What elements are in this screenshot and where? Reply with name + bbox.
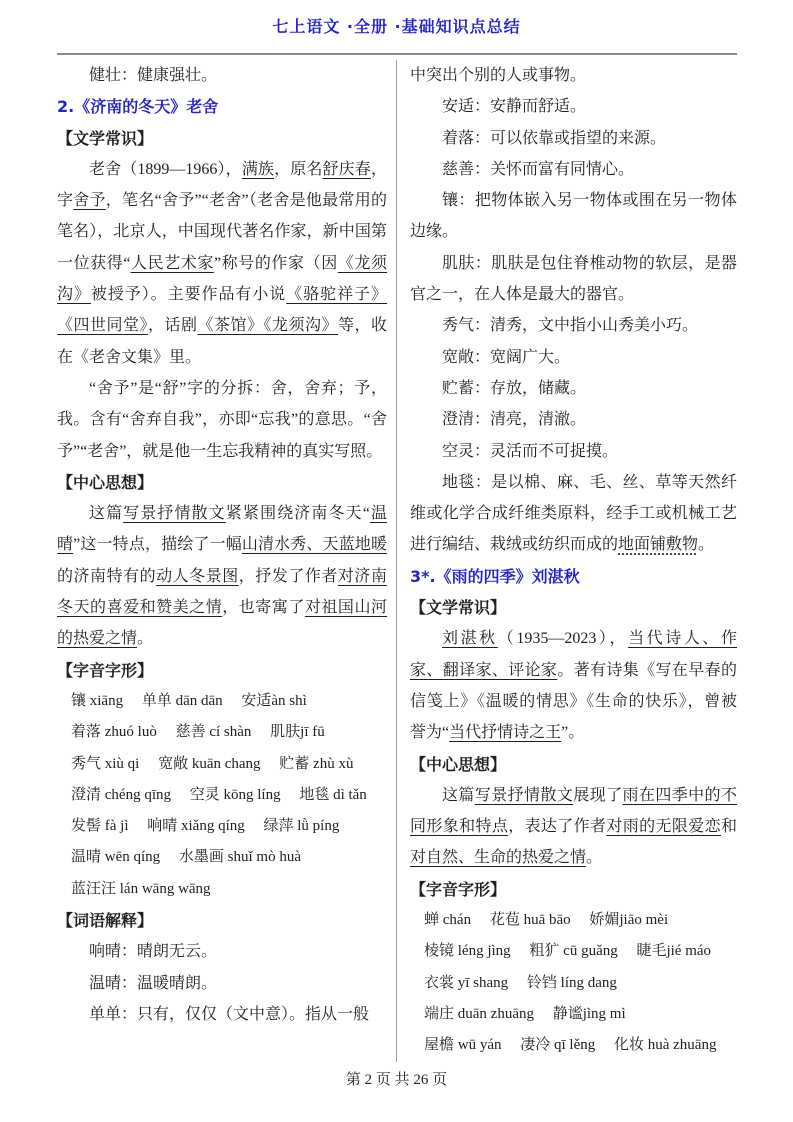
text-segment: 空灵：灵活而不可捉摸。 bbox=[442, 443, 618, 460]
text-segment: 【文学常识】 bbox=[410, 598, 506, 617]
section-heading: 【字音字形】 bbox=[57, 655, 387, 686]
text-segment: 紧紧围绕济南冬天“ bbox=[226, 505, 370, 522]
text-segment: 【字音字形】 bbox=[410, 880, 506, 899]
text-segment: 单单：只有，仅仅（文中意）。指从一般 bbox=[89, 1006, 369, 1023]
paragraph: 单单：只有，仅仅（文中意）。指从一般 bbox=[57, 999, 387, 1030]
pinyin-line: 发髻 fà jì 响晴 xiǎng qíng 绿萍 lǜ píng bbox=[57, 811, 387, 842]
text-segment: 蝉 chán 花苞 huā bāo 娇媚jiāo mèi bbox=[424, 912, 668, 928]
text-segment: 写景抒情散文 bbox=[123, 505, 226, 522]
section-heading: 【词语解释】 bbox=[57, 905, 387, 936]
text-segment: 棱镜 léng jìng 粗犷 cū guǎng 睫毛jié máo bbox=[424, 943, 711, 959]
text-segment: 人民艺术家 bbox=[130, 255, 214, 272]
pinyin-line: 棱镜 léng jìng 粗犷 cū guǎng 睫毛jié máo bbox=[410, 936, 737, 967]
text-segment: 满族 bbox=[242, 161, 274, 178]
text-segment: （1935—2023）， bbox=[498, 630, 628, 647]
pinyin-line: 蝉 chán 花苞 huā bāo 娇媚jiāo mèi bbox=[410, 905, 737, 936]
page-number: 第 2 页 共 26 页 bbox=[0, 1068, 793, 1089]
text-segment: 这篇 bbox=[89, 505, 123, 522]
text-segment: 写景抒情散文 bbox=[475, 787, 573, 804]
text-segment: 肌肤：肌肤是包住脊椎动物的软层，是器官之一，在人体是最大的器官。 bbox=[410, 255, 737, 303]
two-column-body: 健壮：健康强壮。2.《济南的冬天》老舍【文学常识】老舍（1899—1966），满… bbox=[57, 60, 737, 1062]
section-title: 2.《济南的冬天》老舍 bbox=[57, 91, 387, 122]
text-segment: 【文学常识】 bbox=[57, 129, 153, 148]
paragraph: 中突出个别的人或事物。 bbox=[410, 60, 737, 91]
text-segment: 被授予）。主要作品有小说 bbox=[91, 286, 286, 303]
text-segment: 宽敞：宽阔广大。 bbox=[442, 349, 570, 366]
text-segment: ”。 bbox=[561, 724, 584, 741]
paragraph: 空灵：灵活而不可捉摸。 bbox=[410, 436, 737, 467]
section-heading: 【文学常识】 bbox=[57, 123, 387, 154]
paragraph: 响晴：晴朗无云。 bbox=[57, 936, 387, 967]
pinyin-line: 镶 xiāng 单单 dān dān 安适àn shì bbox=[57, 686, 387, 717]
text-segment: ，话剧 bbox=[148, 317, 198, 334]
text-segment: 舒庆春 bbox=[323, 161, 371, 178]
paragraph: 镶：把物体嵌入另一物体或围在另一物体边缘。 bbox=[410, 185, 737, 248]
text-segment: 刘湛秋 bbox=[442, 630, 498, 647]
paragraph: 温晴：温暖晴朗。 bbox=[57, 968, 387, 999]
pinyin-line: 澄清 chéng qīng 空灵 kōng líng 地毯 dì tǎn bbox=[57, 780, 387, 811]
text-segment: 舍予 bbox=[73, 192, 106, 209]
left-column: 健壮：健康强壮。2.《济南的冬天》老舍【文学常识】老舍（1899—1966），满… bbox=[57, 60, 387, 1030]
paragraph: 这篇写景抒情散文展现了雨在四季中的不同形象和特点，表达了作者对雨的无限爱恋和对自… bbox=[410, 780, 737, 874]
text-segment: 着落 zhuó luò 慈善 cí shàn 肌肤jī fū bbox=[71, 724, 325, 740]
paragraph: 慈善：关怀而富有同情心。 bbox=[410, 154, 737, 185]
text-segment: 。 bbox=[698, 536, 714, 553]
text-segment: 展现了 bbox=[573, 787, 622, 804]
pinyin-line: 端庄 duān zhuāng 静谧jìng mì bbox=[410, 999, 737, 1030]
text-segment: 【词语解释】 bbox=[57, 911, 153, 930]
section-heading: 【文学常识】 bbox=[410, 592, 737, 623]
text-segment: 衣裳 yī shang 铃铛 líng dang bbox=[424, 975, 617, 991]
text-segment: 秀气 xiù qi 宽敞 kuān chang 贮蓄 zhù xù bbox=[71, 756, 353, 772]
text-segment: 对雨的无限爱恋 bbox=[606, 818, 721, 835]
text-segment: 响晴：晴朗无云。 bbox=[89, 943, 217, 960]
paragraph: “舍予”是“舒”字的分拆：舍，舍弃；予，我。含有“舍弃自我”，亦即“忘我”的意思… bbox=[57, 373, 387, 467]
text-segment: 秀气：清秀，文中指小山秀美小巧。 bbox=[442, 317, 698, 334]
text-segment: 蓝汪汪 lán wāng wāng bbox=[71, 881, 211, 897]
paragraph: 着落：可以依靠或指望的来源。 bbox=[410, 123, 737, 154]
text-segment: 澄清：清亮，清澈。 bbox=[442, 411, 586, 428]
text-segment: 的济南特有的 bbox=[57, 568, 156, 585]
section-title: 3*.《雨的四季》刘湛秋 bbox=[410, 561, 737, 592]
text-segment: 贮蓄：存放，储藏。 bbox=[442, 380, 586, 397]
pinyin-line: 着落 zhuó luò 慈善 cí shàn 肌肤jī fū bbox=[57, 717, 387, 748]
text-segment: 山清水秀、天蓝地暖 bbox=[242, 536, 387, 553]
text-segment: “舍予”是“舒”字的分拆：舍，舍弃；予，我。含有“舍弃自我”，亦即“忘我”的意思… bbox=[57, 380, 387, 460]
text-segment: ”这一特点，描绘了一幅 bbox=[73, 536, 242, 553]
section-heading: 【中心思想】 bbox=[410, 749, 737, 780]
section-heading: 【中心思想】 bbox=[57, 467, 387, 498]
text-segment: ，表达了作者 bbox=[508, 818, 606, 835]
text-segment: 中突出个别的人或事物。 bbox=[410, 67, 586, 84]
paragraph: 贮蓄：存放，储藏。 bbox=[410, 373, 737, 404]
page-title: 七上语文 ·全册 ·基础知识点总结 bbox=[0, 14, 793, 37]
text-segment: 澄清 chéng qīng 空灵 kōng líng 地毯 dì tǎn bbox=[71, 787, 367, 803]
text-segment: 地面铺敷物 bbox=[618, 536, 698, 553]
paragraph: 宽敞：宽阔广大。 bbox=[410, 342, 737, 373]
text-segment: 和 bbox=[721, 818, 737, 835]
text-segment: 安适：安静而舒适。 bbox=[442, 98, 586, 115]
text-segment: 老舍（1899—1966）， bbox=[89, 161, 242, 178]
pinyin-line: 秀气 xiù qi 宽敞 kuān chang 贮蓄 zhù xù bbox=[57, 749, 387, 780]
text-segment: 。 bbox=[137, 630, 153, 647]
paragraph: 地毯：是以棉、麻、毛、丝、草等天然纤维或化学合成纤维类原料，经手工或机械工艺进行… bbox=[410, 467, 737, 561]
text-segment: 对自然、生命的热爱之情 bbox=[410, 849, 586, 866]
text-segment: 这篇 bbox=[442, 787, 475, 804]
text-segment: 发髻 fà jì 响晴 xiǎng qíng 绿萍 lǜ píng bbox=[71, 818, 339, 834]
paragraph: 秀气：清秀，文中指小山秀美小巧。 bbox=[410, 310, 737, 341]
text-segment: 《茶馆》《龙须沟》 bbox=[197, 317, 337, 334]
text-segment: 端庄 duān zhuāng 静谧jìng mì bbox=[424, 1006, 626, 1022]
paragraph: 安适：安静而舒适。 bbox=[410, 91, 737, 122]
paragraph: 肌肤：肌肤是包住脊椎动物的软层，是器官之一，在人体是最大的器官。 bbox=[410, 248, 737, 311]
right-column: 中突出个别的人或事物。安适：安静而舒适。着落：可以依靠或指望的来源。慈善：关怀而… bbox=[397, 60, 737, 1062]
text-segment: 。 bbox=[586, 849, 602, 866]
text-segment: 动人冬景图 bbox=[156, 568, 239, 585]
text-segment: ，抒发了作者 bbox=[239, 568, 338, 585]
text-segment: ，也寄寓了 bbox=[222, 599, 305, 616]
text-segment: 着落：可以依靠或指望的来源。 bbox=[442, 130, 666, 147]
text-segment: ，原名 bbox=[274, 161, 322, 178]
text-segment: 温晴：温暖晴朗。 bbox=[89, 975, 217, 992]
header-rule bbox=[57, 53, 737, 55]
text-segment: 健壮：健康强壮。 bbox=[89, 67, 217, 84]
text-segment: 3*.《雨的四季》刘湛秋 bbox=[410, 567, 580, 586]
pinyin-line: 屋檐 wū yán 凄冷 qī lěng 化妆 huà zhuāng bbox=[410, 1030, 737, 1061]
paragraph: 这篇写景抒情散文紧紧围绕济南冬天“温晴”这一特点，描绘了一幅山清水秀、天蓝地暖的… bbox=[57, 498, 387, 654]
paragraph: 澄清：清亮，清澈。 bbox=[410, 404, 737, 435]
text-segment: 屋檐 wū yán 凄冷 qī lěng 化妆 huà zhuāng bbox=[424, 1037, 716, 1053]
text-segment: 镶 xiāng 单单 dān dān 安适àn shì bbox=[71, 693, 307, 709]
text-segment: 温晴 wēn qíng 水墨画 shuǐ mò huà bbox=[71, 849, 301, 865]
pinyin-line: 衣裳 yī shang 铃铛 líng dang bbox=[410, 968, 737, 999]
section-heading: 【字音字形】 bbox=[410, 874, 737, 905]
paragraph: 刘湛秋（1935—2023），当代诗人、作家、翻译家、评论家。著有诗集《写在早春… bbox=[410, 623, 737, 748]
pinyin-line: 温晴 wēn qíng 水墨画 shuǐ mò huà bbox=[57, 842, 387, 873]
text-segment: 当代抒情诗之王 bbox=[449, 724, 561, 741]
text-segment: 镶：把物体嵌入另一物体或围在另一物体边缘。 bbox=[410, 192, 737, 240]
paragraph: 健壮：健康强壮。 bbox=[57, 60, 387, 91]
document-page: 七上语文 ·全册 ·基础知识点总结 健壮：健康强壮。2.《济南的冬天》老舍【文学… bbox=[0, 0, 793, 1122]
text-segment: 【字音字形】 bbox=[57, 661, 153, 680]
text-segment: 【中心思想】 bbox=[57, 473, 153, 492]
paragraph: 老舍（1899—1966），满族，原名舒庆春，字舍予，笔名“舍予”“老舍”（老舍… bbox=[57, 154, 387, 373]
text-segment: 2.《济南的冬天》老舍 bbox=[57, 97, 218, 116]
pinyin-line: 蓝汪汪 lán wāng wāng bbox=[57, 874, 387, 905]
text-segment: 慈善：关怀而富有同情心。 bbox=[442, 161, 634, 178]
text-segment: 【中心思想】 bbox=[410, 755, 506, 774]
text-segment: ”称号的作家（因 bbox=[214, 255, 338, 272]
